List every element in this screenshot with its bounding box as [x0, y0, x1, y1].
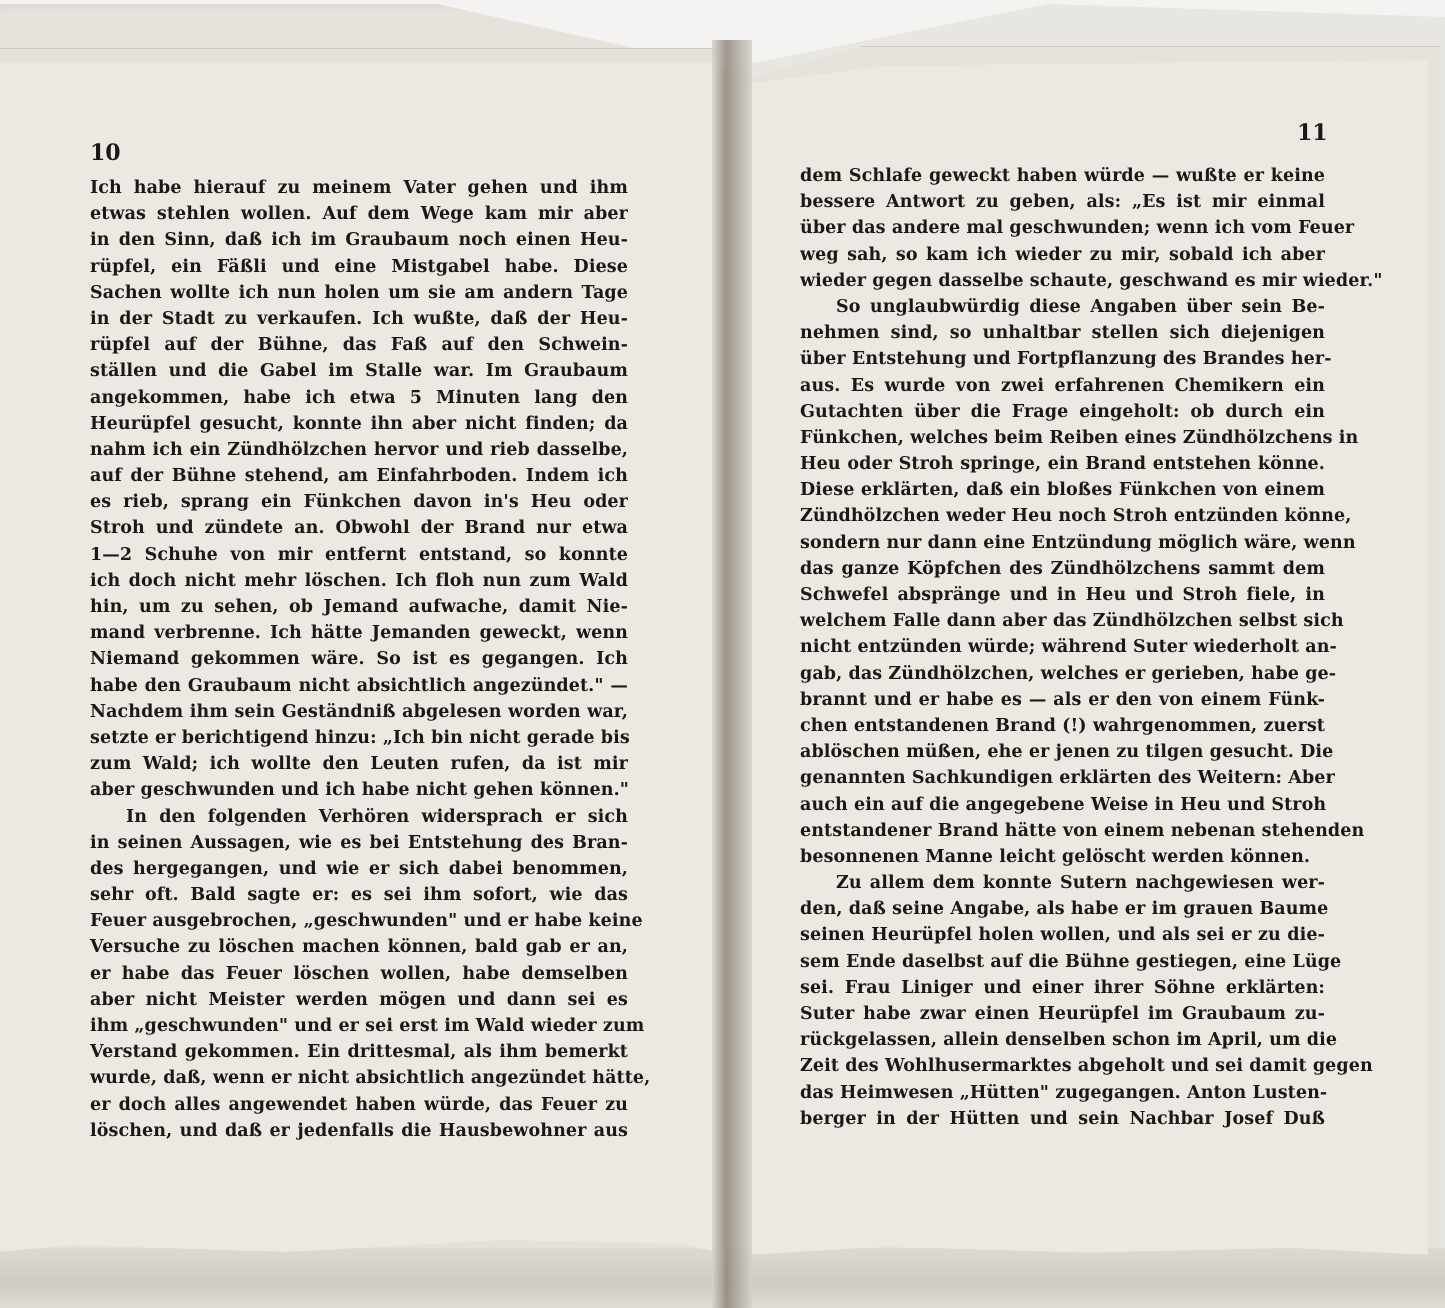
text-line: des hergegangen, und wie er sich dabei b…: [90, 856, 628, 882]
text-line: nehmen sind, so unhaltbar stellen sich d…: [800, 320, 1325, 346]
text-line: Suter habe zwar einen Heurüpfel im Graub…: [800, 1001, 1325, 1027]
book-spine-gutter: [712, 40, 752, 1308]
text-line: über das andere mal geschwunden; wenn ic…: [800, 215, 1325, 241]
text-line: aber nicht Meister werden mögen und dann…: [90, 987, 628, 1013]
text-line: etwas stehlen wollen. Auf dem Wege kam m…: [90, 201, 628, 227]
page-number-left: 10: [90, 140, 121, 166]
text-line: weg sah, so kam ich wieder zu mir, sobal…: [800, 242, 1325, 268]
text-line: 1—2 Schuhe von mir entfernt entstand, so…: [90, 542, 628, 568]
text-line: Gutachten über die Frage eingeholt: ob d…: [800, 399, 1325, 425]
text-line: Nachdem ihm sein Geständniß abgelesen wo…: [90, 699, 628, 725]
text-line: setzte er berichtigend hinzu: „Ich bin n…: [90, 725, 628, 751]
text-line: bessere Antwort zu geben, als: „Es ist m…: [800, 189, 1325, 215]
text-line: Zeit des Wohlhusermarktes abgeholt und s…: [800, 1053, 1325, 1079]
text-line: Heurüpfel gesucht, konnte ihn aber nicht…: [90, 411, 628, 437]
text-line: zum Wald; ich wollte den Leuten rufen, d…: [90, 751, 628, 777]
text-line: aber geschwunden und ich habe nicht gehe…: [90, 777, 628, 803]
text-line: angekommen, habe ich etwa 5 Minuten lang…: [90, 385, 628, 411]
text-line: löschen, und daß er jedenfalls die Hausb…: [90, 1118, 628, 1144]
right-page-body-text: dem Schlafe geweckt haben würde — wußte …: [800, 163, 1325, 1132]
text-line: rüpfel auf der Bühne, das Faß auf den Sc…: [90, 332, 628, 358]
text-line: den, daß seine Angabe, als habe er im gr…: [800, 896, 1325, 922]
text-line: seinen Heurüpfel holen wollen, und als s…: [800, 922, 1325, 948]
text-line: über Entstehung und Fortpflanzung des Br…: [800, 346, 1325, 372]
text-line: wurde, daß, wenn er nicht absichtlich an…: [90, 1065, 628, 1091]
text-line: wieder gegen dasselbe schaute, geschwand…: [800, 268, 1325, 294]
text-line: Fünkchen, welches beim Reiben eines Zünd…: [800, 425, 1325, 451]
text-line: besonnenen Manne leicht gelöscht werden …: [800, 844, 1325, 870]
text-line: rückgelassen, allein denselben schon im …: [800, 1027, 1325, 1053]
text-line: Verstand gekommen. Ein drittesmal, als i…: [90, 1039, 628, 1065]
text-line: ich doch nicht mehr löschen. Ich floh nu…: [90, 568, 628, 594]
text-line: ihm „geschwunden" und er sei erst im Wal…: [90, 1013, 628, 1039]
text-line: habe den Graubaum nicht absichtlich ange…: [90, 673, 628, 699]
text-line: mand verbrenne. Ich hätte Jemanden gewec…: [90, 620, 628, 646]
text-line: Niemand gekommen wäre. So ist es gegange…: [90, 646, 628, 672]
text-line: rüpfel, ein Fäßli und eine Mistgabel hab…: [90, 254, 628, 280]
text-line: chen entstandenen Brand (!) wahrgenommen…: [800, 713, 1325, 739]
text-line: Stroh und zündete an. Obwohl der Brand n…: [90, 515, 628, 541]
text-line: Versuche zu löschen machen können, bald …: [90, 934, 628, 960]
left-page-body-text: Ich habe hierauf zu meinem Vater gehen u…: [90, 175, 628, 1144]
text-line: nicht entzünden würde; während Suter wie…: [800, 634, 1325, 660]
text-line: Diese erklärten, daß ein bloßes Fünkchen…: [800, 477, 1325, 503]
text-line: Zu allem dem konnte Sutern nachgewiesen …: [800, 870, 1325, 896]
text-line: das ganze Köpfchen des Zündhölzchens sam…: [800, 556, 1325, 582]
text-line: es rieb, sprang ein Fünkchen davon in's …: [90, 489, 628, 515]
text-line: Sachen wollte ich nun holen um sie am an…: [90, 280, 628, 306]
text-line: gab, das Zündhölzchen, welches er gerieb…: [800, 661, 1325, 687]
text-line: nahm ich ein Zündhölzchen hervor und rie…: [90, 437, 628, 463]
text-line: Feuer ausgebrochen, „geschwunden" und er…: [90, 908, 628, 934]
text-line: brannt und er habe es — als er den von e…: [800, 687, 1325, 713]
text-line: berger in der Hütten und sein Nachbar Jo…: [800, 1106, 1325, 1132]
text-line: ställen und die Gabel im Stalle war. Im …: [90, 358, 628, 384]
text-line: So unglaubwürdig diese Angaben über sein…: [800, 294, 1325, 320]
text-line: aus. Es wurde von zwei erfahrenen Chemik…: [800, 373, 1325, 399]
text-line: sondern nur dann eine Entzündung möglich…: [800, 530, 1325, 556]
text-line: in den Sinn, daß ich im Graubaum noch ei…: [90, 227, 628, 253]
text-line: ablöschen müßen, ehe er jenen zu tilgen …: [800, 739, 1325, 765]
text-line: hin, um zu sehen, ob Jemand aufwache, da…: [90, 594, 628, 620]
text-line: Ich habe hierauf zu meinem Vater gehen u…: [90, 175, 628, 201]
text-line: welchem Falle dann aber das Zündhölzchen…: [800, 608, 1325, 634]
text-line: sei. Frau Liniger und einer ihrer Söhne …: [800, 975, 1325, 1001]
text-line: auch ein auf die angegebene Weise in Heu…: [800, 792, 1325, 818]
text-line: entstandener Brand hätte von einem neben…: [800, 818, 1325, 844]
text-line: sem Ende daselbst auf die Bühne gestiege…: [800, 949, 1325, 975]
text-line: das Heimwesen „Hütten" zugegangen. Anton…: [800, 1080, 1325, 1106]
text-line: Schwefel abspränge und in Heu und Stroh …: [800, 582, 1325, 608]
text-line: sehr oft. Bald sagte er: es sei ihm sofo…: [90, 882, 628, 908]
text-line: in seinen Aussagen, wie es bei Entstehun…: [90, 830, 628, 856]
text-line: dem Schlafe geweckt haben würde — wußte …: [800, 163, 1325, 189]
text-line: auf der Bühne stehend, am Einfahrboden. …: [90, 463, 628, 489]
text-line: Zündhölzchen weder Heu noch Stroh entzün…: [800, 503, 1325, 529]
text-line: Heu oder Stroh springe, ein Brand entste…: [800, 451, 1325, 477]
page-number-right: 11: [1297, 120, 1328, 146]
text-line: in der Stadt zu verkaufen. Ich wußte, da…: [90, 306, 628, 332]
text-line: genannten Sachkundigen erklärten des Wei…: [800, 765, 1325, 791]
text-line: er habe das Feuer löschen wollen, habe d…: [90, 961, 628, 987]
text-line: In den folgenden Verhören widersprach er…: [90, 804, 628, 830]
text-line: er doch alles angewendet haben würde, da…: [90, 1092, 628, 1118]
